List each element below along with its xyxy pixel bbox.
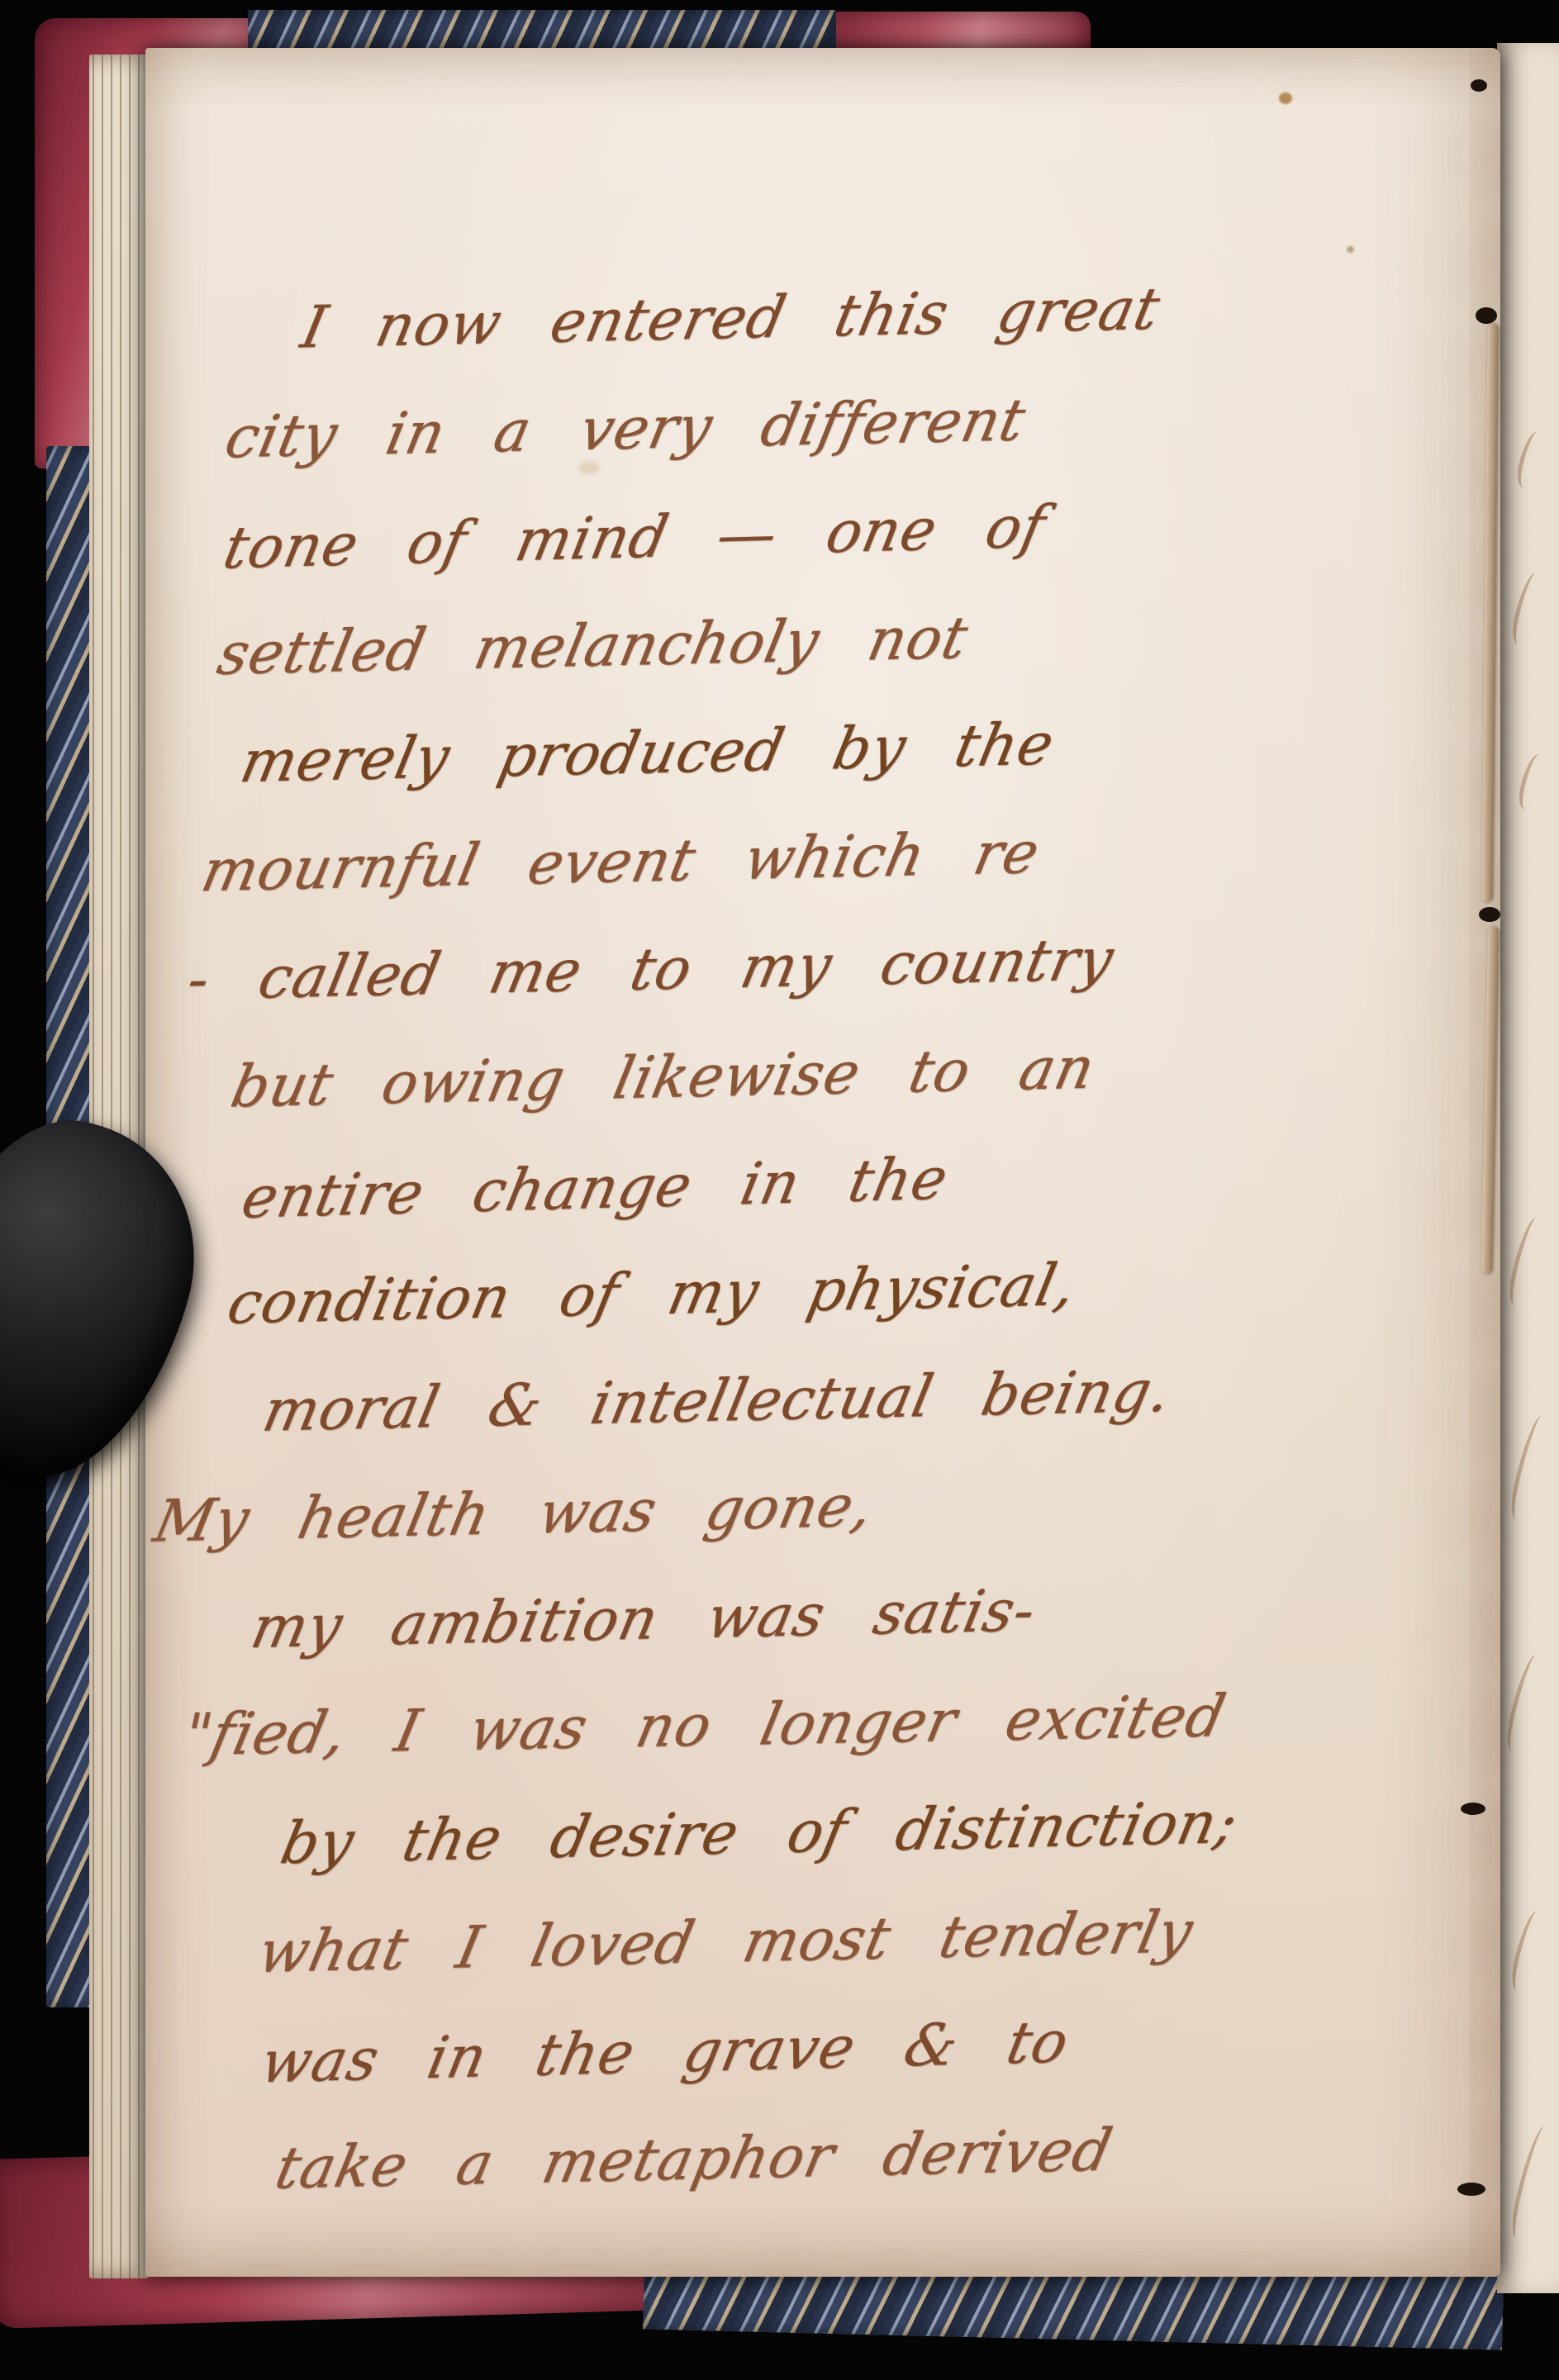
manuscript-line-text: - called me to my country xyxy=(178,905,1124,1034)
facing-page-ink-mark xyxy=(1506,1413,1552,1523)
facing-page-ink-mark xyxy=(1515,752,1549,813)
manuscript-line-text: but owing likewise to an xyxy=(221,1014,1105,1141)
sewing-hole xyxy=(1479,907,1500,922)
facing-page-ink-mark xyxy=(1502,1653,1546,1754)
facing-page-ink-mark xyxy=(1507,1908,1547,1993)
manuscript-line-text: take a metaphor derived xyxy=(265,2096,1122,2223)
manuscript-line-text: condition of my physical, xyxy=(217,1231,1086,1358)
photograph: I now entered this greatcity in a very d… xyxy=(0,0,1559,2380)
manuscript-line-text: moral & intellectual being. xyxy=(253,1337,1181,1466)
manuscript-line-text: "fied, I was no longer excited xyxy=(173,1662,1236,1790)
facing-page-ink-mark xyxy=(1504,1215,1547,1309)
manuscript-line-text: entire change in the xyxy=(232,1124,958,1252)
sewing-hole xyxy=(1476,307,1497,324)
facing-page-ink-mark xyxy=(1506,2124,1554,2241)
facing-page-ink-mark xyxy=(1508,570,1546,647)
manuscript-line-text: My health was gone, xyxy=(144,1451,883,1576)
manuscript-line-text: by the desire of distinction; xyxy=(271,1769,1248,1898)
facing-page-ink-mark xyxy=(1514,430,1547,491)
manuscript-line-text: merely produced by the xyxy=(231,690,1064,816)
manuscript-line-text: my ambition was satis- xyxy=(241,1556,1046,1682)
manuscript-line-text: mournful event which re xyxy=(192,799,1050,926)
sewing-hole xyxy=(1471,79,1487,92)
manuscript-line-text: was in the grave & to xyxy=(251,1988,1079,2116)
manuscript-line-text: city in a very different xyxy=(216,366,1036,492)
manuscript-text: I now entered this greatcity in a very d… xyxy=(124,249,1488,2225)
manuscript-line-text: settled melancholy not xyxy=(207,584,978,709)
facing-page-edge xyxy=(1497,43,1559,2293)
manuscript-line-text: tone of mind — one of xyxy=(214,473,1056,603)
manuscript-line-text: I now entered this great xyxy=(292,254,1171,382)
paper-stain xyxy=(1279,93,1292,104)
